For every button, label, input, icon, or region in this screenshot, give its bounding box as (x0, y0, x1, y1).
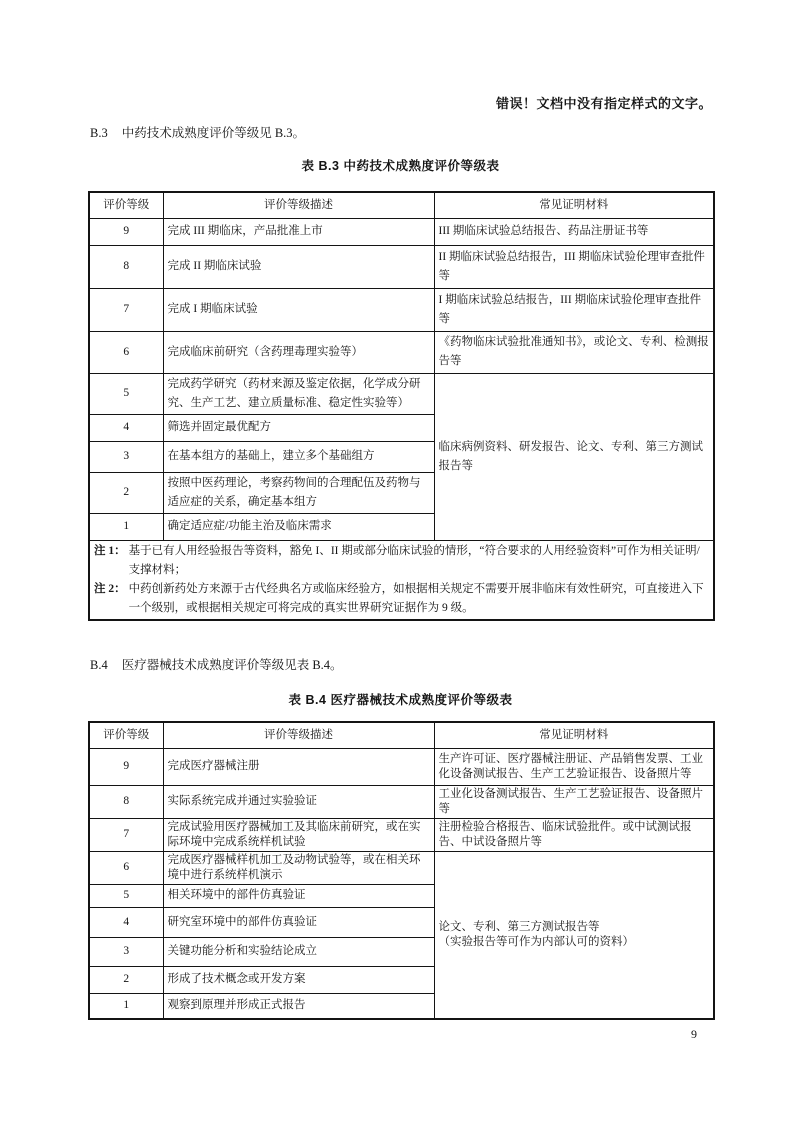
table-b4: 评价等级评价等级描述常见证明材料9完成医疗器械注册生产许可证、医疗器械注册证、产… (88, 721, 715, 1020)
note-text: 基于已有人用经验报告等资料，豁免 I、II 期或部分临床试验的情形，“符合要求的… (129, 542, 709, 580)
document-page: 错误！文档中没有指定样式的文字。 B.3中药技术成熟度评价等级见 B.3。 表 … (0, 0, 793, 1122)
table-row: 5完成药学研究（药材来源及鉴定依据，化学成分研究、生产工艺、建立质量标准、稳定性… (89, 373, 714, 414)
table-row: 9完成医疗器械注册生产许可证、医疗器械注册证、产品销售发票、工业化设备测试报告、… (89, 748, 714, 785)
table-row: 7完成试验用医疗器械加工及其临床前研究，或在实际环境中完成系统样机试验注册检验合… (89, 818, 714, 851)
section-b4-number: B.4 (90, 658, 108, 672)
desc-cell: 观察到原理并形成正式报告 (163, 993, 434, 1019)
table-row: 注 1：基于已有人用经验报告等资料，豁免 I、II 期或部分临床试验的情形，“符… (89, 540, 714, 620)
merged-proof-cell: 临床病例资料、研发报告、论文、专利、第三方测试报告等 (434, 373, 714, 540)
level-cell: 3 (89, 937, 163, 966)
section-b3-heading: B.3中药技术成熟度评价等级见 B.3。 (90, 123, 305, 141)
level-cell: 4 (89, 414, 163, 441)
error-notice-text: 错误！文档中没有指定样式的文字。 (496, 93, 712, 112)
desc-cell: 实际系统完成并通过实验验证 (163, 785, 434, 818)
section-b3-number: B.3 (90, 126, 108, 140)
table-b4-title: 表 B.4 医疗器械技术成熟度评价等级表 (88, 690, 713, 708)
level-cell: 6 (89, 851, 163, 884)
level-cell: 9 (89, 748, 163, 785)
header-cell: 评价等级描述 (163, 722, 434, 748)
header-cell: 评价等级 (89, 722, 163, 748)
level-cell: 1 (89, 513, 163, 540)
table-row: 7完成 I 期临床试验I 期临床试验总结报告，III 期临床试验伦理审查批件等 (89, 288, 714, 331)
desc-cell: 完成试验用医疗器械加工及其临床前研究，或在实际环境中完成系统样机试验 (163, 818, 434, 851)
notes-cell: 注 1：基于已有人用经验报告等资料，豁免 I、II 期或部分临床试验的情形，“符… (89, 540, 714, 620)
table-b4-body: 评价等级评价等级描述常见证明材料9完成医疗器械注册生产许可证、医疗器械注册证、产… (89, 722, 714, 1019)
header-cell: 评价等级描述 (163, 192, 434, 218)
desc-cell: 完成 I 期临床试验 (163, 288, 434, 331)
desc-cell: 完成 II 期临床试验 (163, 245, 434, 288)
table-row: 评价等级评价等级描述常见证明材料 (89, 722, 714, 748)
section-b3-text: 中药技术成熟度评价等级见 B.3。 (122, 126, 305, 140)
header-cell: 常见证明材料 (434, 192, 714, 218)
merged-proof-line: 论文、专利、第三方测试报告等 (439, 920, 710, 935)
desc-cell: 完成药学研究（药材来源及鉴定依据，化学成分研究、生产工艺、建立质量标准、稳定性实… (163, 373, 434, 414)
desc-cell: 按照中医药理论，考察药物间的合理配伍及药物与适应症的关系，确定基本组方 (163, 472, 434, 513)
level-cell: 8 (89, 245, 163, 288)
desc-cell: 在基本组方的基础上，建立多个基础组方 (163, 441, 434, 472)
desc-cell: 研究室环境中的部件仿真验证 (163, 907, 434, 937)
proof-cell: 工业化设备测试报告、生产工艺验证报告、设备照片等 (434, 785, 714, 818)
level-cell: 5 (89, 373, 163, 414)
table-note: 注 1：基于已有人用经验报告等资料，豁免 I、II 期或部分临床试验的情形，“符… (94, 542, 709, 580)
desc-cell: 确定适应症/功能主治及临床需求 (163, 513, 434, 540)
merged-proof-line: 临床病例资料、研发报告、论文、专利、第三方测试报告等 (439, 438, 710, 476)
level-cell: 5 (89, 884, 163, 907)
proof-cell: I 期临床试验总结报告，III 期临床试验伦理审查批件等 (434, 288, 714, 331)
proof-cell: 生产许可证、医疗器械注册证、产品销售发票、工业化设备测试报告、生产工艺验证报告、… (434, 748, 714, 785)
desc-cell: 关键功能分析和实验结论成立 (163, 937, 434, 966)
table-b3-title: 表 B.3 中药技术成熟度评价等级表 (88, 156, 713, 174)
note-label: 注 1： (94, 542, 126, 561)
desc-cell: 完成临床前研究（含药理毒理实验等） (163, 331, 434, 373)
level-cell: 7 (89, 288, 163, 331)
table-row: 8完成 II 期临床试验II 期临床试验总结报告，III 期临床试验伦理审查批件… (89, 245, 714, 288)
desc-cell: 完成医疗器械样机加工及动物试验等，或在相关环境中进行系统样机演示 (163, 851, 434, 884)
merged-proof-cell: 论文、专利、第三方测试报告等（实验报告等可作为内部认可的资料） (434, 851, 714, 1019)
proof-cell: 《药物临床试验批准通知书》，或论文、专利、检测报告等 (434, 331, 714, 373)
note-text: 中药创新药处方来源于古代经典名方或临床经验方，如根据相关规定不需要开展非临床有效… (129, 580, 709, 618)
level-cell: 1 (89, 993, 163, 1019)
level-cell: 7 (89, 818, 163, 851)
table-row: 8实际系统完成并通过实验验证工业化设备测试报告、生产工艺验证报告、设备照片等 (89, 785, 714, 818)
header-cell: 常见证明材料 (434, 722, 714, 748)
proof-cell: 注册检验合格报告、临床试验批件。或中试测试报告、中试设备照片等 (434, 818, 714, 851)
table-b3: 评价等级评价等级描述常见证明材料9完成 III 期临床，产品批准上市III 期临… (88, 191, 715, 621)
proof-cell: III 期临床试验总结报告、药品注册证书等 (434, 218, 714, 245)
table-row: 评价等级评价等级描述常见证明材料 (89, 192, 714, 218)
merged-proof-line: （实验报告等可作为内部认可的资料） (439, 935, 710, 950)
desc-cell: 完成医疗器械注册 (163, 748, 434, 785)
table-row: 6完成临床前研究（含药理毒理实验等）《药物临床试验批准通知书》，或论文、专利、检… (89, 331, 714, 373)
desc-cell: 完成 III 期临床，产品批准上市 (163, 218, 434, 245)
table-note: 注 2：中药创新药处方来源于古代经典名方或临床经验方，如根据相关规定不需要开展非… (94, 580, 709, 618)
header-cell: 评价等级 (89, 192, 163, 218)
level-cell: 6 (89, 331, 163, 373)
level-cell: 2 (89, 472, 163, 513)
level-cell: 8 (89, 785, 163, 818)
desc-cell: 相关环境中的部件仿真验证 (163, 884, 434, 907)
section-b4-text: 医疗器械技术成熟度评价等级见表 B.4。 (122, 658, 343, 672)
level-cell: 3 (89, 441, 163, 472)
table-row: 6完成医疗器械样机加工及动物试验等，或在相关环境中进行系统样机演示论文、专利、第… (89, 851, 714, 884)
table-b3-body: 评价等级评价等级描述常见证明材料9完成 III 期临床，产品批准上市III 期临… (89, 192, 714, 620)
level-cell: 4 (89, 907, 163, 937)
desc-cell: 筛选并固定最优配方 (163, 414, 434, 441)
note-label: 注 2： (94, 580, 126, 599)
table-row: 9完成 III 期临床，产品批准上市III 期临床试验总结报告、药品注册证书等 (89, 218, 714, 245)
level-cell: 9 (89, 218, 163, 245)
level-cell: 2 (89, 966, 163, 993)
page-number: 9 (691, 1027, 697, 1042)
section-b4-heading: B.4医疗器械技术成熟度评价等级见表 B.4。 (90, 655, 343, 673)
desc-cell: 形成了技术概念或开发方案 (163, 966, 434, 993)
proof-cell: II 期临床试验总结报告，III 期临床试验伦理审查批件等 (434, 245, 714, 288)
